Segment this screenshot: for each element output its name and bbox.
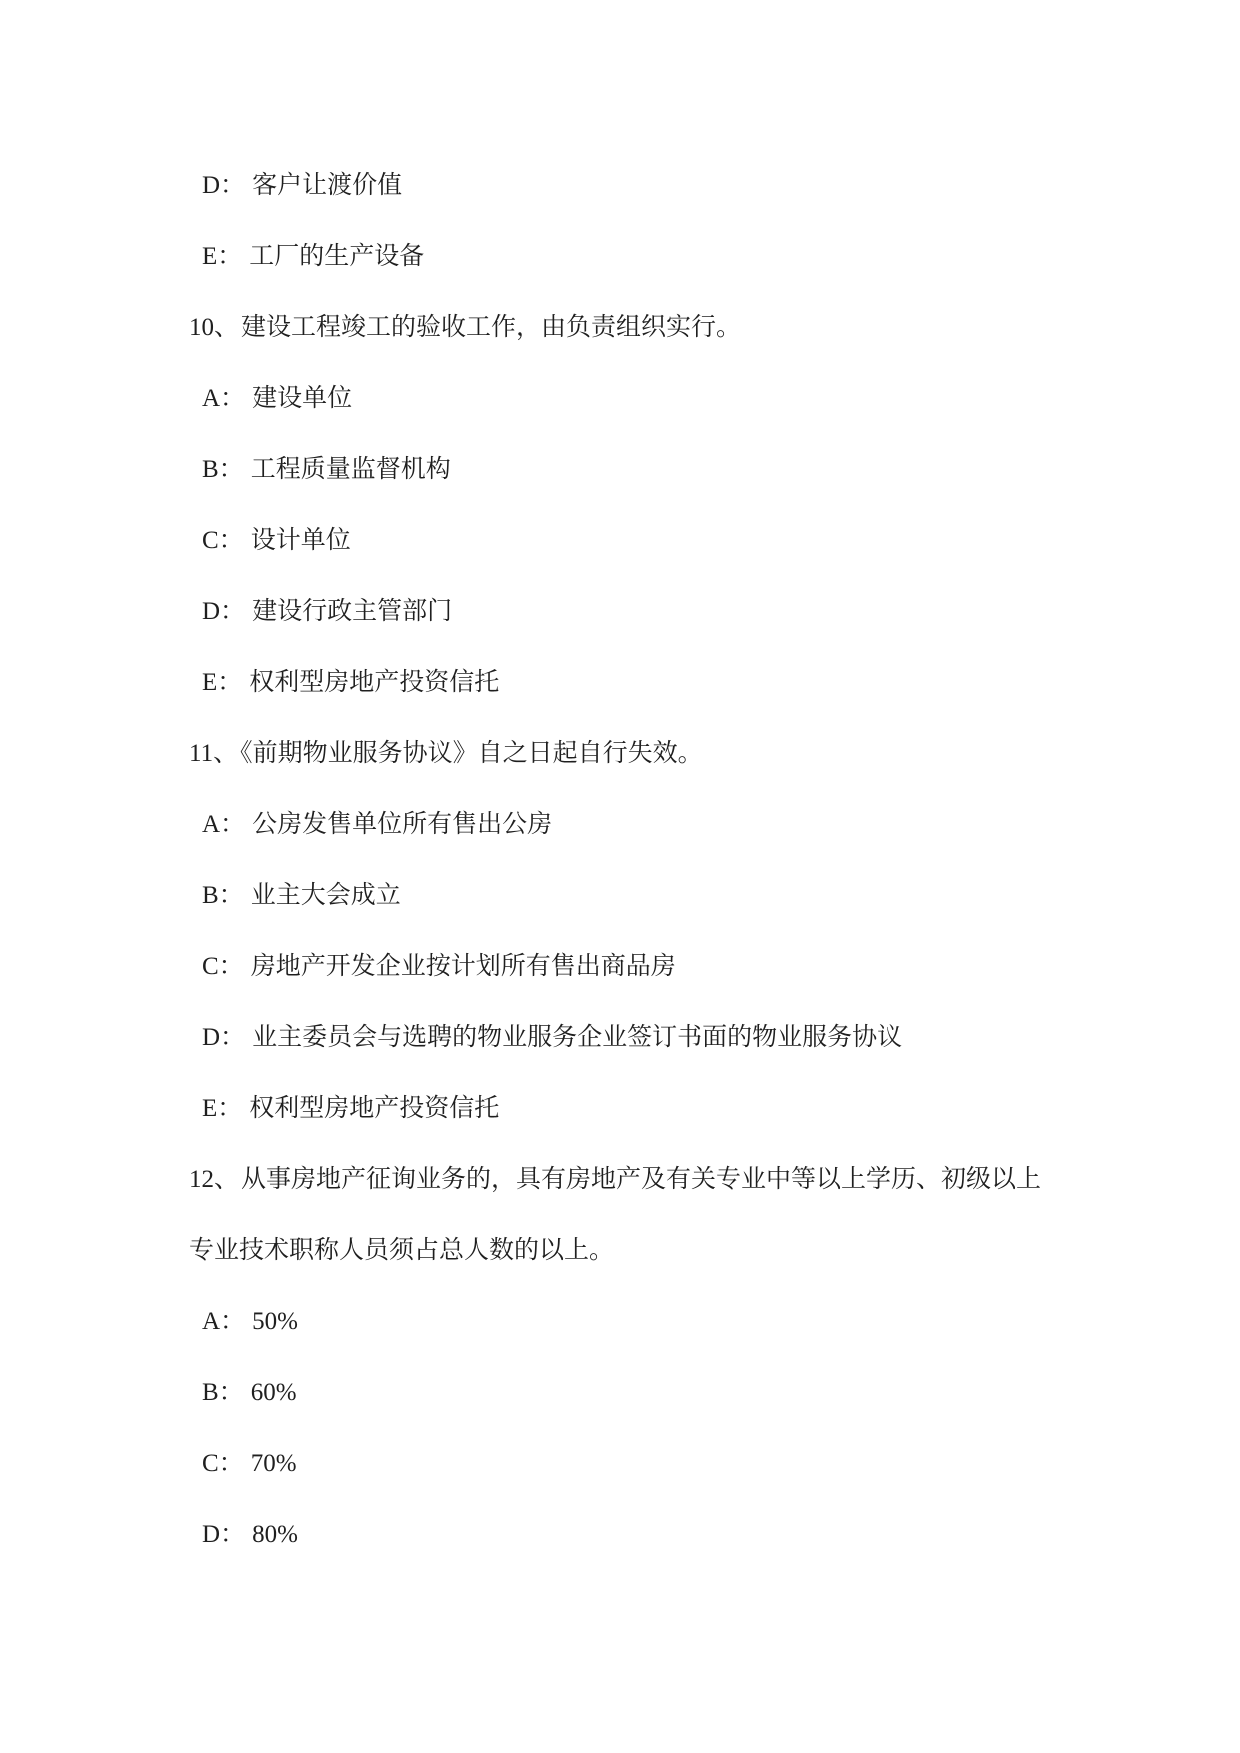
question-stem-line: 11、《前期物业服务协议》自之日起自行失效。 (0, 718, 1240, 789)
question-stem-text: 专业技术职称人员须占总人数的以上。 (189, 1237, 614, 1264)
option-text: 权利型房地产投资信托 (249, 1095, 499, 1122)
option-text: 建设行政主管部门 (252, 598, 452, 625)
option-text: 权利型房地产投资信托 (249, 669, 499, 696)
question-12: 12、从事房地产征询业务的，具有房地产及有关专业中等以上学历、初级以上 专业技术… (0, 1144, 1240, 1570)
option-label: B： (202, 882, 244, 909)
question-10: 10、建设工程竣工的验收工作，由负责组织实行。 A：建设单位 B：工程质量监督机… (0, 292, 1240, 718)
option-label: E： (202, 669, 242, 696)
exam-document-page: D：客户让渡价值 E：工厂的生产设备 10、建设工程竣工的验收工作，由负责组织实… (0, 0, 1240, 1753)
option-line: D：客户让渡价值 (0, 150, 1240, 221)
option-line: B：业主大会成立 (0, 860, 1240, 931)
option-text: 业主委员会与选聘的物业服务企业签订书面的物业服务协议 (252, 1024, 902, 1051)
option-label: D： (202, 598, 245, 625)
question-number: 10、 (189, 314, 239, 341)
option-label: C： (202, 953, 244, 980)
option-line: A：公房发售单位所有售出公房 (0, 789, 1240, 860)
question-stem-line: 12、从事房地产征询业务的，具有房地产及有关专业中等以上学历、初级以上 (0, 1144, 1240, 1215)
option-label: D： (202, 172, 245, 199)
option-label: D： (202, 1521, 245, 1548)
option-text: 公房发售单位所有售出公房 (252, 811, 552, 838)
option-line: B：工程质量监督机构 (0, 434, 1240, 505)
option-label: E： (202, 1095, 242, 1122)
option-label: A： (202, 1308, 245, 1335)
option-text: 50% (252, 1308, 298, 1335)
question-stem-text: 建设工程竣工的验收工作，由负责组织实行。 (241, 314, 741, 341)
option-line: E：权利型房地产投资信托 (0, 1073, 1240, 1144)
question-number: 12、 (189, 1166, 239, 1193)
option-label: E： (202, 243, 242, 270)
option-text: 工厂的生产设备 (249, 243, 424, 270)
option-text: 工程质量监督机构 (251, 456, 451, 483)
option-label: D： (202, 1024, 245, 1051)
option-line: E：工厂的生产设备 (0, 221, 1240, 292)
option-label: A： (202, 385, 245, 412)
option-line: B：60% (0, 1357, 1240, 1428)
option-line: C：设计单位 (0, 505, 1240, 576)
question-11: 11、《前期物业服务协议》自之日起自行失效。 A：公房发售单位所有售出公房 B：… (0, 718, 1240, 1144)
option-line: D：建设行政主管部门 (0, 576, 1240, 647)
option-text: 房地产开发企业按计划所有售出商品房 (251, 953, 676, 980)
question-number: 11、 (189, 740, 238, 767)
option-line: D：80% (0, 1499, 1240, 1570)
option-line: C：70% (0, 1428, 1240, 1499)
question-stem-line: 10、建设工程竣工的验收工作，由负责组织实行。 (0, 292, 1240, 363)
option-label: B： (202, 1379, 244, 1406)
option-text: 80% (252, 1521, 298, 1548)
question-stem-continuation-line: 专业技术职称人员须占总人数的以上。 (0, 1215, 1240, 1286)
option-text: 业主大会成立 (251, 882, 401, 909)
option-line: D：业主委员会与选聘的物业服务企业签订书面的物业服务协议 (0, 1002, 1240, 1073)
option-text: 客户让渡价值 (252, 172, 402, 199)
question-stem-text: 《前期物业服务协议》自之日起自行失效。 (240, 740, 703, 767)
option-text: 建设单位 (252, 385, 352, 412)
option-label: C： (202, 527, 244, 554)
option-line: A：建设单位 (0, 363, 1240, 434)
option-text: 设计单位 (251, 527, 351, 554)
option-label: A： (202, 811, 245, 838)
option-line: A：50% (0, 1286, 1240, 1357)
option-label: C： (202, 1450, 244, 1477)
option-label: B： (202, 456, 244, 483)
question-9-partial: D：客户让渡价值 E：工厂的生产设备 (0, 150, 1240, 292)
question-stem-text: 从事房地产征询业务的，具有房地产及有关专业中等以上学历、初级以上 (241, 1166, 1041, 1193)
option-line: E：权利型房地产投资信托 (0, 647, 1240, 718)
option-text: 60% (251, 1379, 297, 1406)
option-text: 70% (251, 1450, 297, 1477)
option-line: C：房地产开发企业按计划所有售出商品房 (0, 931, 1240, 1002)
